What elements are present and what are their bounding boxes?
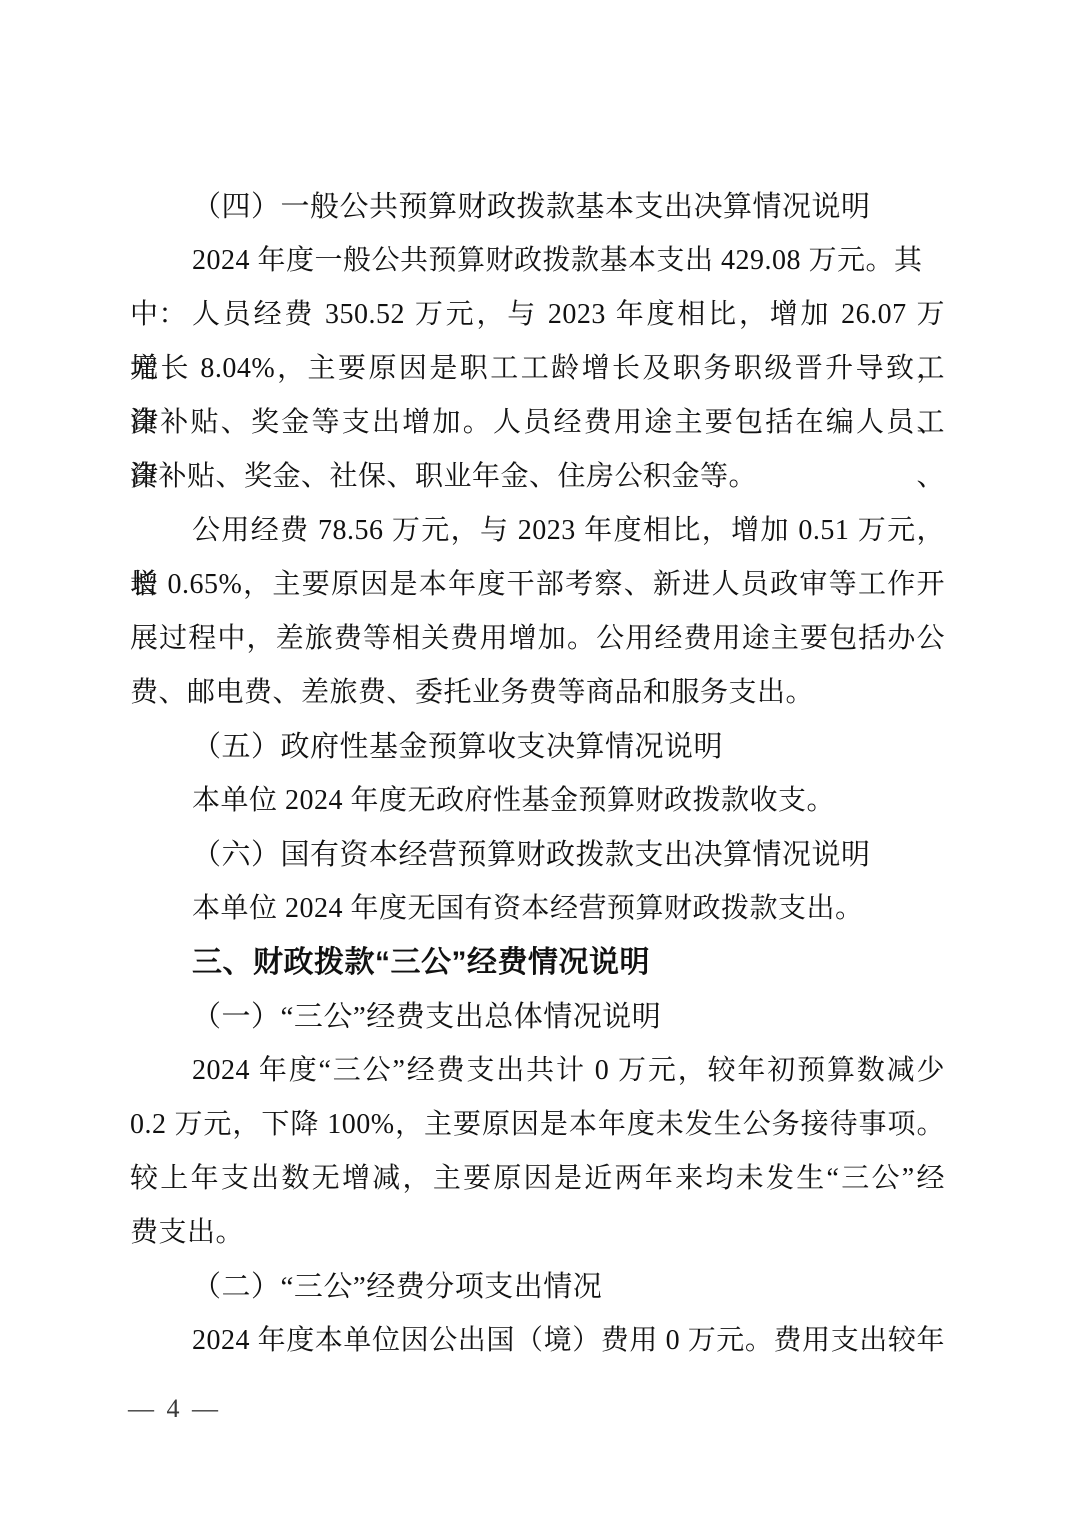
page-number: — 4 — — [128, 1394, 221, 1424]
document-page: （四）一般公共预算财政拨款基本支出决算情况说明 2024 年度一般公共预算财政拨… — [0, 0, 1075, 1520]
para-state-capital-line-1: 本单位 2024 年度无国有资本经营预算财政拨款支出。 — [130, 882, 945, 936]
para-basic-expenditure-line-1: 2024 年度一般公共预算财政拨款基本支出 429.08 万元。其中： — [130, 234, 945, 288]
para-public-expense-line-4: 费、邮电费、差旅费、委托业务费等商品和服务支出。 — [130, 666, 945, 720]
para-three-public-overall-line-3: 较上年支出数无增减，主要原因是近两年来均未发生“三公”经 — [130, 1152, 945, 1206]
para-three-public-overall-line-4: 费支出。 — [130, 1206, 945, 1260]
para-personnel-expense-line-3: 津补贴、奖金等支出增加。人员经费用途主要包括在编人员工资、 — [130, 396, 945, 450]
para-three-public-overall-line-1: 2024 年度“三公”经费支出共计 0 万元，较年初预算数减少 — [130, 1044, 945, 1098]
heading-subsection-3-1: （一）“三公”经费支出总体情况说明 — [130, 990, 945, 1044]
heading-subsection-4: （四）一般公共预算财政拨款基本支出决算情况说明 — [130, 180, 945, 234]
para-personnel-expense-line-2: 增长 8.04%，主要原因是职工工龄增长及职务职级晋升导致工资、 — [130, 342, 945, 396]
heading-subsection-6: （六）国有资本经营预算财政拨款支出决算情况说明 — [130, 828, 945, 882]
para-gov-fund-line-1: 本单位 2024 年度无政府性基金预算财政拨款收支。 — [130, 774, 945, 828]
heading-subsection-5: （五）政府性基金预算收支决算情况说明 — [130, 720, 945, 774]
para-public-expense-line-1: 公用经费 78.56 万元，与 2023 年度相比，增加 0.51 万元，增 — [130, 504, 945, 558]
heading-section-3: 三、财政拨款“三公”经费情况说明 — [130, 936, 945, 990]
para-personnel-expense-line-1: 人员经费 350.52 万元，与 2023 年度相比，增加 26.07 万元， — [130, 288, 945, 342]
para-three-public-detail-line-1: 2024 年度本单位因公出国（境）费用 0 万元。费用支出较年 — [130, 1314, 945, 1368]
para-public-expense-line-2: 长 0.65%，主要原因是本年度干部考察、新进人员政审等工作开 — [130, 558, 945, 612]
document-body: （四）一般公共预算财政拨款基本支出决算情况说明 2024 年度一般公共预算财政拨… — [130, 180, 945, 1368]
heading-subsection-3-2: （二）“三公”经费分项支出情况 — [130, 1260, 945, 1314]
para-three-public-overall-line-2: 0.2 万元，下降 100%，主要原因是本年度未发生公务接待事项。 — [130, 1098, 945, 1152]
para-public-expense-line-3: 展过程中，差旅费等相关费用增加。公用经费用途主要包括办公 — [130, 612, 945, 666]
